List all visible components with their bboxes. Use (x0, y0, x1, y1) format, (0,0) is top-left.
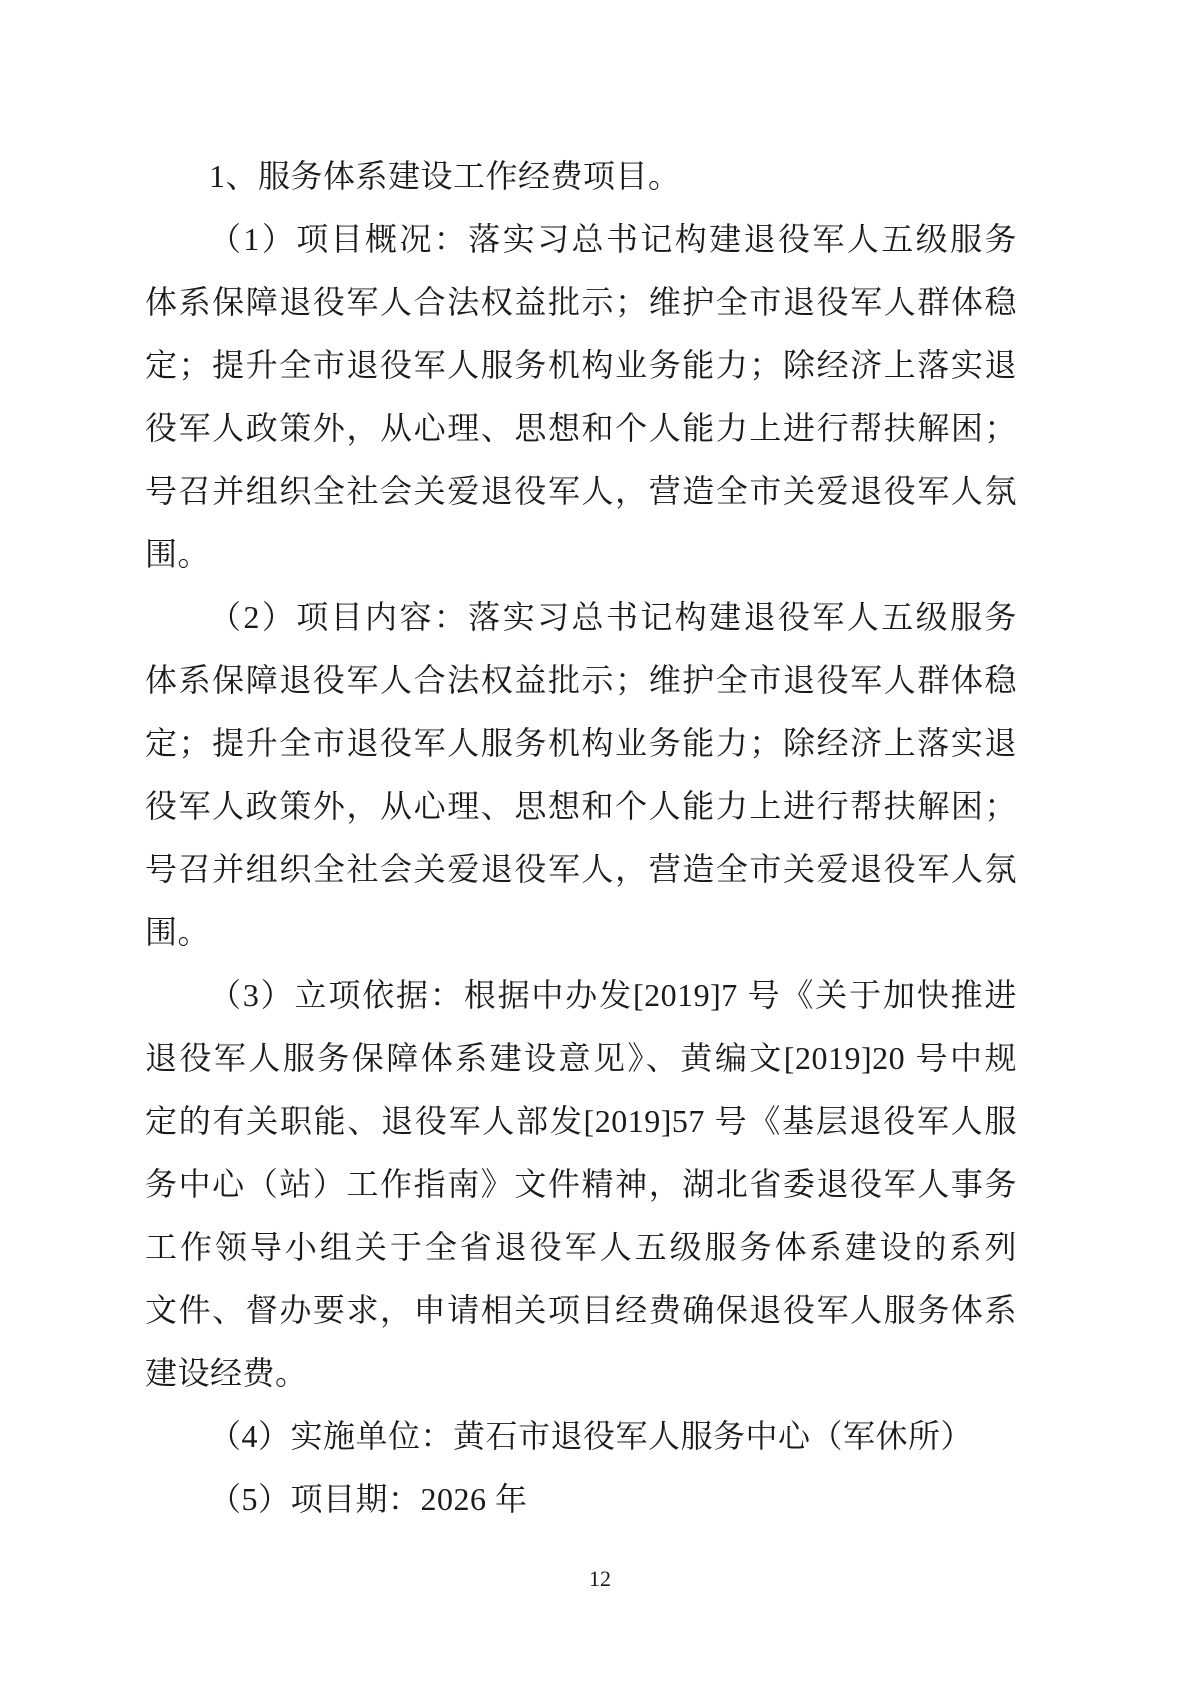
text-line: 体系保障退役军人合法权益批示；维护全市退役军人群体稳 (145, 271, 1017, 334)
text-line: 定的有关职能、退役军人部发[2019]57 号《基层退役军人服 (145, 1090, 1017, 1153)
document-page: 1、服务体系建设工作经费项目。 （1）项目概况：落实习总书记构建退役军人五级服务… (0, 0, 1200, 1697)
para-approval-basis: （3）立项依据：根据中办发[2019]7 号《关于加快推进 退役军人服务保障体系… (145, 964, 1017, 1405)
page-number: 12 (589, 1566, 611, 1591)
text-line: 退役军人服务保障体系建设意见》、黄编文[2019]20 号中规 (145, 1027, 1017, 1090)
para-implementing-unit: （4）实施单位：黄石市退役军人服务中心（军休所） (145, 1405, 1017, 1468)
document-body: 1、服务体系建设工作经费项目。 （1）项目概况：落实习总书记构建退役军人五级服务… (145, 145, 1017, 1531)
para-project-content: （2）项目内容：落实习总书记构建退役军人五级服务 体系保障退役军人合法权益批示；… (145, 586, 1017, 964)
para-project-period: （5）项目期：2026 年 (145, 1468, 1017, 1531)
text-line: （4）实施单位：黄石市退役军人服务中心（军休所） (145, 1405, 1017, 1468)
text-line: 务中心（站）工作指南》文件精神，湖北省委退役军人事务 (145, 1153, 1017, 1216)
text-line: 建设经费。 (145, 1342, 1017, 1405)
text-line: 体系保障退役军人合法权益批示；维护全市退役军人群体稳 (145, 649, 1017, 712)
text-line: 文件、督办要求，申请相关项目经费确保退役军人服务体系 (145, 1279, 1017, 1342)
page-footer: 12 (0, 1566, 1200, 1592)
text-line: 定；提升全市退役军人服务机构业务能力；除经济上落实退 (145, 334, 1017, 397)
text-line: 围。 (145, 901, 1017, 964)
text-line: （2）项目内容：落实习总书记构建退役军人五级服务 (145, 586, 1017, 649)
text-line: 号召并组织全社会关爱退役军人，营造全市关爱退役军人氛 (145, 838, 1017, 901)
para-item-heading: 1、服务体系建设工作经费项目。 (145, 145, 1017, 208)
text-line: 役军人政策外，从心理、思想和个人能力上进行帮扶解困； (145, 397, 1017, 460)
text-line: 役军人政策外，从心理、思想和个人能力上进行帮扶解困； (145, 775, 1017, 838)
text-line: （1）项目概况：落实习总书记构建退役军人五级服务 (145, 208, 1017, 271)
text-line: 围。 (145, 523, 1017, 586)
text-line: 1、服务体系建设工作经费项目。 (145, 145, 1017, 208)
para-project-overview: （1）项目概况：落实习总书记构建退役军人五级服务 体系保障退役军人合法权益批示；… (145, 208, 1017, 586)
text-line: 号召并组织全社会关爱退役军人，营造全市关爱退役军人氛 (145, 460, 1017, 523)
text-line: 工作领导小组关于全省退役军人五级服务体系建设的系列 (145, 1216, 1017, 1279)
text-line: （3）立项依据：根据中办发[2019]7 号《关于加快推进 (145, 964, 1017, 1027)
text-line: （5）项目期：2026 年 (145, 1468, 1017, 1531)
text-line: 定；提升全市退役军人服务机构业务能力；除经济上落实退 (145, 712, 1017, 775)
